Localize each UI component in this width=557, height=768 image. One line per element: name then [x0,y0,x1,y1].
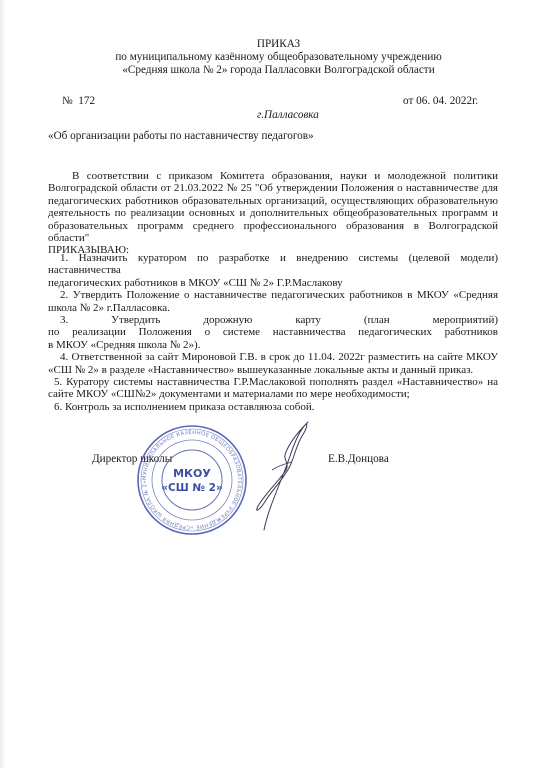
stamp-line1: МКОУ [173,467,211,480]
order-number-label: № [62,95,73,107]
order-item-2: 2. Утвердить Положение о наставничестве … [48,289,498,314]
order-item-6: 6. Контроль за исполнением приказа остав… [48,401,498,413]
handwritten-signature [250,420,310,535]
official-stamp: МУНИЦИПАЛЬНОЕ КАЗЁННОЕ ОБЩЕОБРАЗОВАТЕЛЬН… [136,424,248,536]
preamble-line: образовательных программ среднего профес… [48,220,498,245]
order-city: г.Палласовка [257,109,319,122]
order-item-4: 4. Ответственной за сайт Мироновой Г.В. … [48,351,498,376]
stamp-line2: «СШ № 2» [161,482,223,494]
preamble: В соответствии с приказом Комитета образ… [48,170,498,257]
order-item-5: 5. Куратору системы наставничества Г.Р.М… [48,376,498,401]
order-number: № 172 [62,95,95,108]
preamble-line: деятельность по реализации основных и до… [48,207,498,219]
document-subtitle-line1: по муниципальному казённому общеобразова… [0,51,557,64]
document-page: ПРИКАЗ по муниципальному казённому общео… [0,0,557,768]
preamble-line: Волгоградской области от 21.03.2022 № 25… [48,182,498,194]
document-subtitle-line2: «Средняя школа № 2» города Палласовки Во… [0,64,557,77]
order-number-value: 172 [78,95,95,107]
signature-name: Е.В.Донцова [328,453,389,466]
scan-edge-shadow [0,0,6,768]
order-date: от 06. 04. 2022г. [403,95,478,108]
order-item-1: 1. Назначить куратором по разработке и в… [48,252,498,289]
order-item-3: 3. Утвердить дорожную карту (план меропр… [48,314,498,351]
preamble-line: В соответствии с приказом Комитета образ… [48,170,498,182]
order-subject: «Об организации работы по наставничеству… [48,130,314,143]
order-items: 1. Назначить куратором по разработке и в… [48,252,498,413]
preamble-line: педагогических работников образовательны… [48,195,498,207]
document-title: ПРИКАЗ [0,38,557,51]
